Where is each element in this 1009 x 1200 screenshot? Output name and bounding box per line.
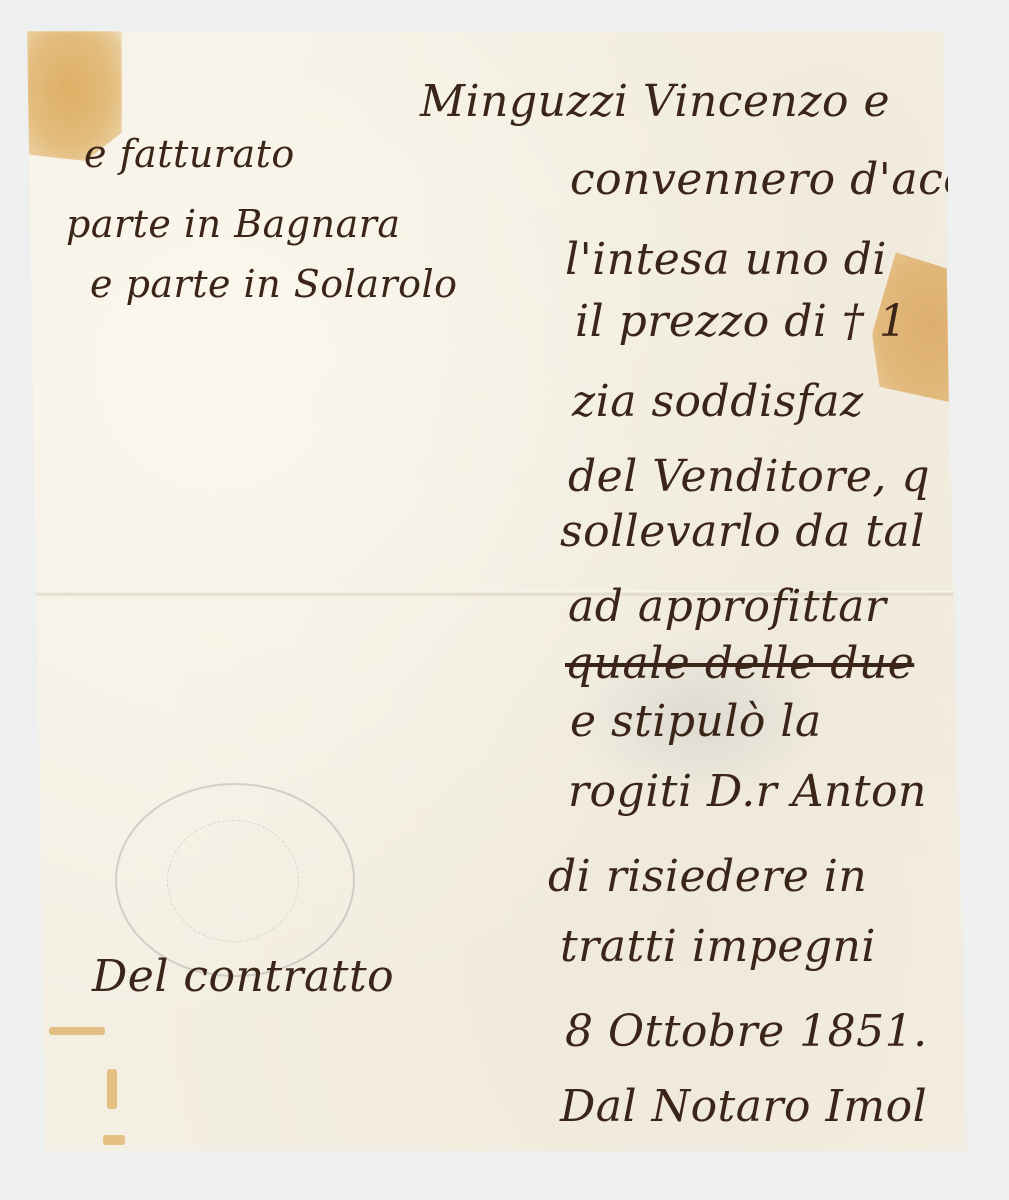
main-line-10: e stipulò la xyxy=(570,700,822,744)
main-line-13: tratti impegni xyxy=(560,925,876,969)
main-line-14: 8 Ottobre 1851. xyxy=(565,1010,928,1054)
main-line-12: di risiedere in xyxy=(548,855,867,899)
main-line-6: del Venditore, q xyxy=(568,455,930,499)
footer-note: Del contratto xyxy=(92,955,394,999)
main-line-8: ad approfittar xyxy=(568,585,886,629)
main-line-1: Minguzzi Vincenzo e xyxy=(420,80,890,124)
main-line-3: l'intesa uno di xyxy=(565,238,887,282)
main-line-11: rogiti D.r Anton xyxy=(568,770,927,814)
main-line-2: convennero d'acc xyxy=(570,158,948,202)
main-line-5: zia soddisfaz xyxy=(572,380,864,424)
main-line-7: sollevarlo da tal xyxy=(560,510,925,554)
main-line-4: il prezzo di † 1 xyxy=(575,300,907,344)
main-line-15: Dal Notaro Imol xyxy=(560,1085,927,1129)
main-line-9-struck: quale delle due xyxy=(565,642,914,686)
